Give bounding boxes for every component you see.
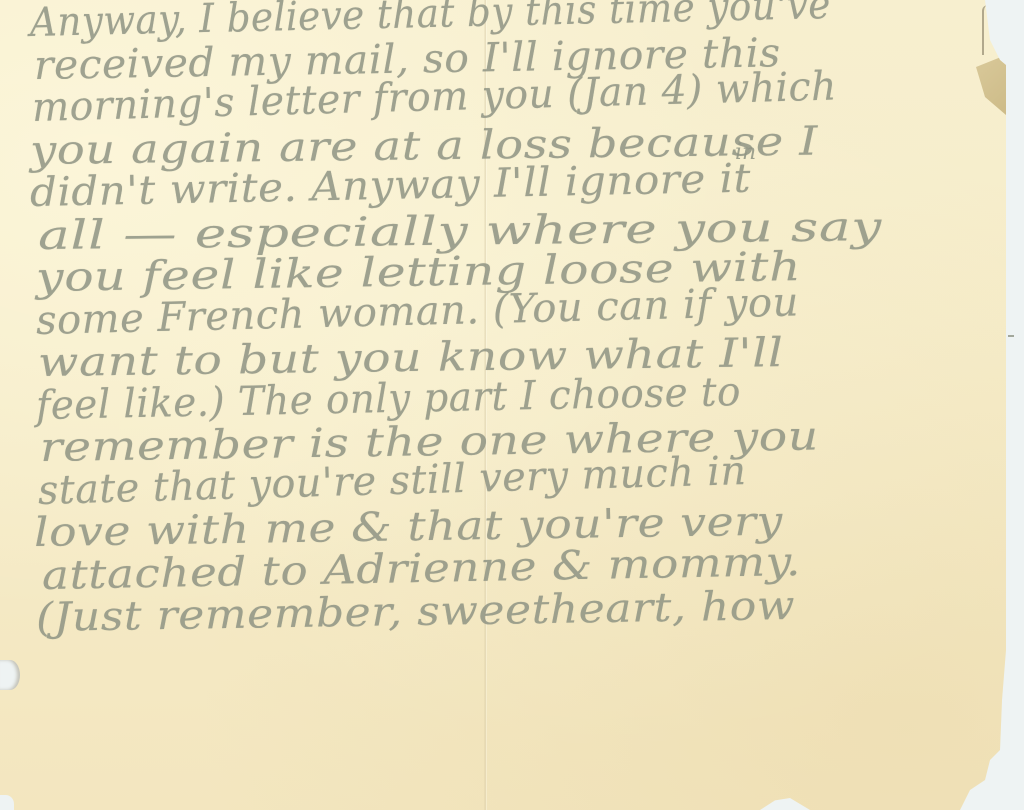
handwritten-text: Anyway, I believe that by this time you'… bbox=[30, 2, 1006, 640]
inserted-word: in bbox=[735, 140, 756, 165]
edge-tear-left bbox=[0, 660, 20, 690]
scanned-letter: Anyway, I believe that by this time you'… bbox=[0, 0, 1024, 810]
letter-paper: Anyway, I believe that by this time you'… bbox=[0, 0, 1006, 810]
margin-dash-mark bbox=[1008, 335, 1014, 337]
edge-tear-bottom-left bbox=[0, 795, 14, 810]
line-text: (Just remember, sweetheart, how bbox=[36, 585, 796, 639]
letter-line: (Just remember, sweetheart, how bbox=[30, 597, 1006, 640]
